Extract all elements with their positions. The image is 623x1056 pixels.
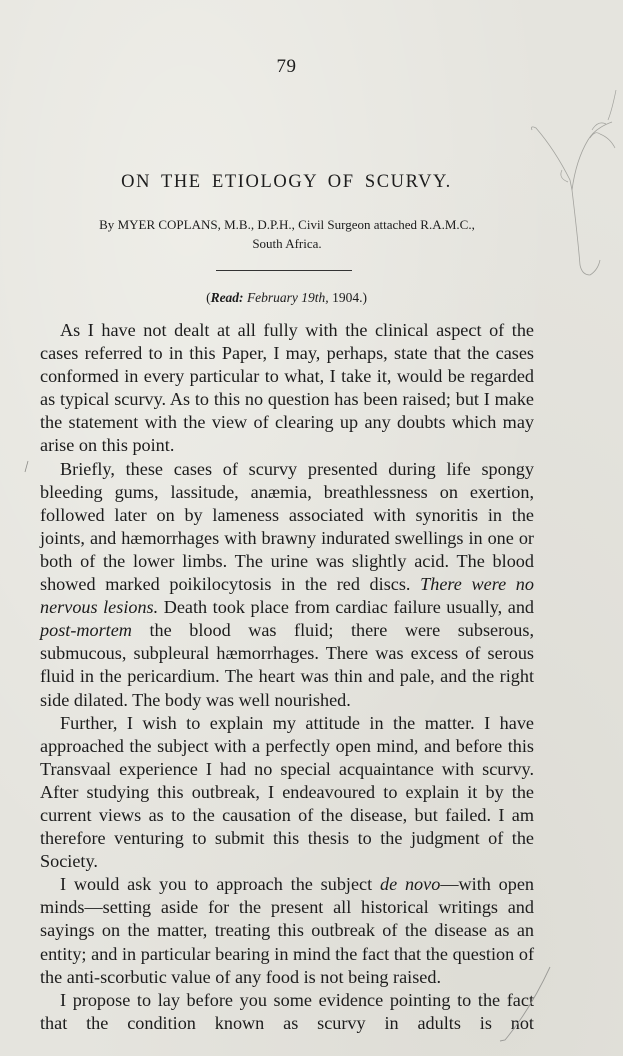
read-label: Read: (211, 290, 244, 305)
document-page: 79 ON THE ETIOLOGY OF SCURVY. By MYER CO… (0, 0, 623, 1056)
paragraph-text: I would ask you to approach the subject (60, 874, 380, 894)
body-text: As I have not dealt at all fully with th… (40, 319, 534, 1035)
paragraph-3: Further, I wish to explain my attitude i… (40, 712, 534, 874)
byline-author: MYER COPLANS, M.B., D.P.H., (118, 217, 295, 232)
paragraph-4: I would ask you to approach the subject … (40, 873, 534, 988)
paragraph-text: Further, I wish to explain my attitude i… (40, 713, 534, 872)
read-close-paren: ) (362, 290, 367, 305)
paragraph-text: As I have not dealt at all fully with th… (40, 320, 534, 455)
byline: By MYER COPLANS, M.B., D.P.H., Civil Sur… (40, 215, 534, 253)
read-date: February 19th, (247, 290, 329, 305)
paragraph-1: As I have not dealt at all fully with th… (40, 319, 534, 458)
pencil-tick-icon (22, 460, 32, 474)
emphasis-text: post-mortem (40, 620, 132, 640)
byline-prefix: By (99, 217, 114, 232)
page-number: 79 (0, 56, 573, 78)
paragraph-5: I propose to lay before you some evidenc… (40, 989, 534, 1035)
paragraph-text: Death took place from cardiac failure us… (158, 597, 534, 617)
paragraph-text: I propose to lay before you some evidenc… (40, 990, 534, 1033)
article-title: ON THE ETIOLOGY OF SCURVY. (0, 172, 573, 193)
paragraph-2: Briefly, these cases of scurvy presented… (40, 458, 534, 712)
byline-position: Civil Surgeon attached R.A.M.C., (298, 217, 475, 232)
read-year: 1904. (332, 290, 362, 305)
title-divider (216, 270, 352, 271)
emphasis-text: de novo (380, 874, 440, 894)
read-date-note: (Read: February 19th, 1904.) (0, 290, 573, 306)
byline-location: South Africa. (252, 236, 321, 251)
